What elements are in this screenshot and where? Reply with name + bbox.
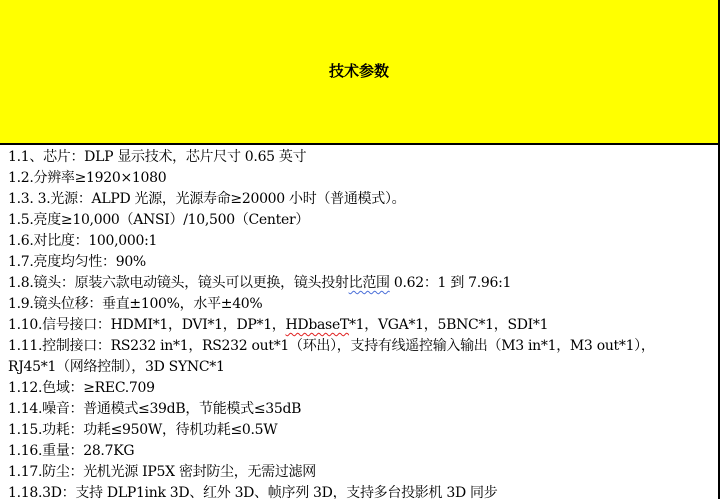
spec-weight: 1.16.重量：28.7KG (8, 441, 655, 462)
spec-text: 1.9.镜头位移：垂直±100%，水平±40% (8, 296, 262, 312)
spec-text: 1.12.色域：≥REC.709 (8, 380, 155, 396)
spec-noise: 1.14.噪音：普通模式≤39dB，节能模式≤35dB (8, 399, 655, 420)
spec-dustproof: 1.17.防尘：光机光源 IP5X 密封防尘，无需过滤网 (8, 462, 655, 483)
spec-3d: 1.18.3D：支持 DLP1ink 3D、红外 3D、帧序列 3D，支持多台投… (8, 483, 655, 499)
spec-brightness: 1.5.亮度≥10,000（ANSI）/10,500（Center） (8, 210, 655, 231)
spec-control-ports-continued: RJ45*1（网络控制），3D SYNC*1 (8, 357, 655, 378)
spec-chip: 1.1、芯片：DLP 显示技术，芯片尺寸 0.65 英寸 (8, 147, 655, 168)
spelling-flagged-text: HDbaseT (286, 317, 349, 333)
spec-text: *1，VGA*1，5BNC*1，SDI*1 (349, 317, 548, 333)
spec-lens-shift: 1.9.镜头位移：垂直±100%，水平±40% (8, 294, 655, 315)
spec-text: 1.10.信号接口：HDMI*1，DVI*1，DP*1， (8, 317, 286, 333)
spec-text: RJ45*1（网络控制），3D SYNC*1 (8, 359, 225, 375)
spec-text: 1.17.防尘：光机光源 IP5X 密封防尘，无需过滤网 (8, 464, 316, 480)
spec-text: 3D、红外 3D、帧序列 3D，支持多台投影机 3D 同步 (166, 485, 498, 499)
spec-resolution: 1.2.分辨率≥1920×1080 (8, 168, 655, 189)
spelling-flagged-text: DLP1ink (107, 485, 166, 499)
spec-color-gamut: 1.12.色域：≥REC.709 (8, 378, 655, 399)
spec-text: 1.16.重量：28.7KG (8, 443, 134, 459)
spec-text: 1.18.3D：支持 (8, 485, 107, 499)
spec-text: 1.15.功耗：功耗≤950W，待机功耗≤0.5W (8, 422, 277, 438)
document-page: 技术参数 1.1、芯片：DLP 显示技术，芯片尺寸 0.65 英寸 1.2.分辨… (0, 0, 720, 499)
spec-signal-ports: 1.10.信号接口：HDMI*1，DVI*1，DP*1，HDbaseT*1，VG… (8, 315, 655, 336)
spec-contrast: 1.6.对比度：100,000:1 (8, 231, 655, 252)
spec-light-source: 1.3. 3.光源：ALPD 光源，光源寿命≥20000 小时（普通模式）。 (8, 189, 655, 210)
spec-uniformity: 1.7.亮度均匀性：90% (8, 252, 655, 273)
spec-list: 1.1、芯片：DLP 显示技术，芯片尺寸 0.65 英寸 1.2.分辨率≥192… (8, 147, 655, 499)
specs-cell: 1.1、芯片：DLP 显示技术，芯片尺寸 0.65 英寸 1.2.分辨率≥192… (0, 145, 720, 499)
spec-text: 1.7.亮度均匀性：90% (8, 254, 146, 270)
spec-text: 1.8.镜头：原装六款电动镜头，镜头可以更换，镜头投射 (8, 275, 349, 291)
spec-text: 1.2.分辨率≥1920×1080 (8, 170, 166, 186)
header-title: 技术参数 (329, 60, 389, 81)
spec-text: 1.6.对比度：100,000:1 (8, 233, 157, 249)
spec-lens: 1.8.镜头：原装六款电动镜头，镜头可以更换，镜头投射比范围 0.62：1 到 … (8, 273, 655, 294)
spec-text: 1.5.亮度≥10,000（ANSI）/10,500（Center） (8, 212, 309, 228)
spec-text: 1.1、芯片：DLP 显示技术，芯片尺寸 0.65 英寸 (8, 149, 306, 165)
spec-text: 0.62：1 到 7.96:1 (390, 275, 511, 291)
spec-text: 1.14.噪音：普通模式≤39dB，节能模式≤35dB (8, 401, 301, 417)
spec-text: 1.11.控制接口：RS232 in*1，RS232 out*1（环出），支持有… (8, 338, 655, 354)
spec-text: 1.3. 3.光源：ALPD 光源，光源寿命≥20000 小时（普通模式）。 (8, 191, 405, 207)
grammar-flagged-text: 比范围 (349, 275, 390, 291)
spec-control-ports: 1.11.控制接口：RS232 in*1，RS232 out*1（环出），支持有… (8, 336, 655, 357)
header-cell: 技术参数 (0, 0, 720, 145)
spec-power: 1.15.功耗：功耗≤950W，待机功耗≤0.5W (8, 420, 655, 441)
